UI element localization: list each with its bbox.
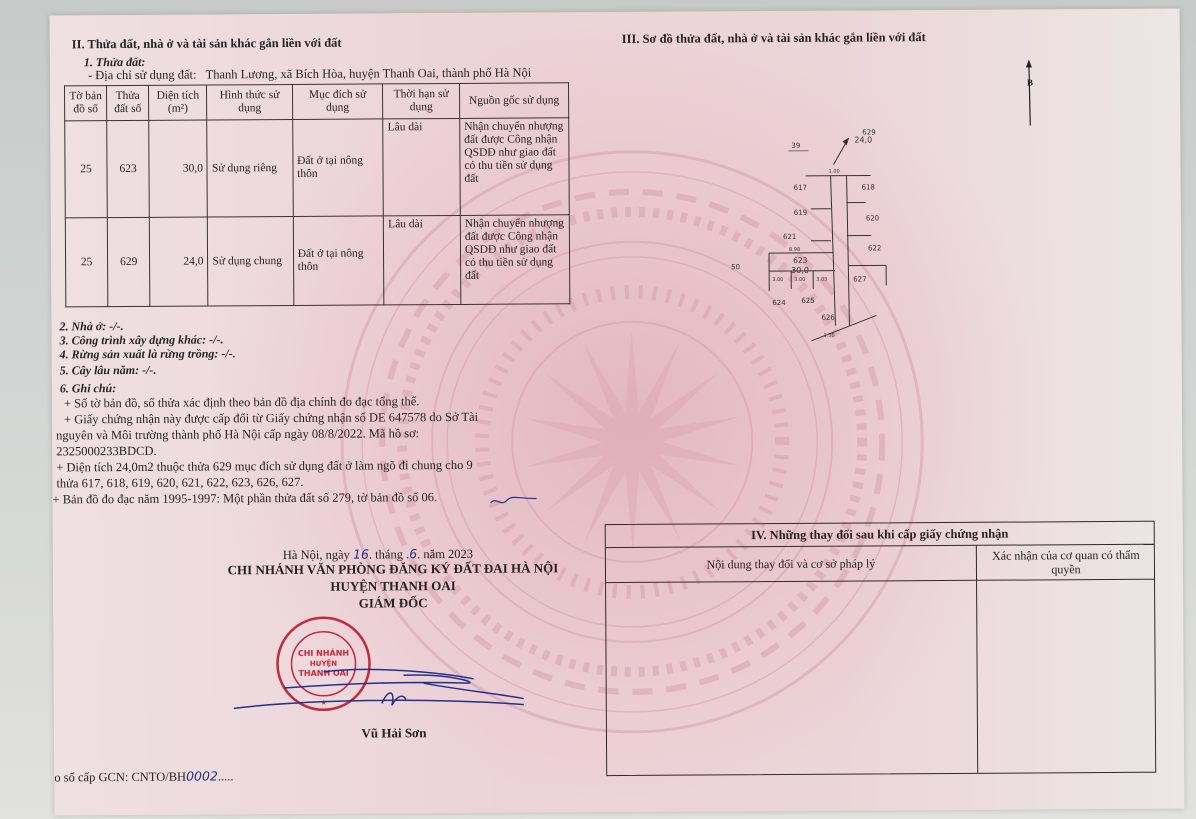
signer-name: Vũ Hải Sơn [204,724,584,742]
col-header-area: Diện tích (m²) [149,85,207,120]
register-handwritten: 0002 [186,768,218,783]
certificate-page: II. Thửa đất, nhà ở và tài sản khác gắn … [50,9,1185,816]
cell-origin: Nhận chuyển nhượng đất được Công nhận QS… [460,118,570,216]
section-2-title: II. Thửa đất, nhà ở và tài sản khác gắn … [72,36,342,53]
parcel-sketch-map: 629 24,0 39 617 618 619 620 621 622 623 … [730,90,982,352]
svg-text:624: 624 [772,299,786,307]
cell-form: Sử dụng riêng [207,119,293,217]
col-header-origin: Nguồn gốc sử dụng [459,83,568,119]
note-line: + Số tờ bản đồ, số thửa xác định theo bả… [64,394,420,411]
col-header-change-content: Nội dung thay đổi và cơ sở pháp lý [606,546,977,583]
col-header-authority-confirmation: Xác nhận của cơ quan có thẩm quyền [977,545,1155,581]
cell-area: 30,0 [149,120,208,217]
note-line: thửa 617, 618, 619, 620, 621, 622, 623, … [56,475,303,492]
cell-purpose: Đất ở tại nông thôn [292,119,383,217]
address-value: Thanh Lương, xã Bích Hòa, huyện Thanh Oa… [206,66,532,82]
cell-origin: Nhận chuyển nhượng đất được Công nhận QS… [460,215,570,305]
cell-sheet: 25 [65,121,108,218]
forest-item: 4. Rừng sản xuất là rừng trồng: -/-. [60,346,236,362]
svg-text:3.03: 3.03 [816,277,827,283]
note-line: + Diện tích 24,0m2 thuộc thửa 629 mục đí… [56,458,472,476]
signature-icon [223,642,543,724]
svg-text:8.98: 8.98 [789,247,800,253]
perennial-item: 5. Cây lâu năm: -/-. [60,363,157,379]
svg-text:621: 621 [783,233,796,241]
svg-text:625: 625 [801,297,814,305]
changes-table: IV. Những thay đổi sau khi cấp giấy chứn… [605,521,1157,776]
svg-text:B: B [1027,77,1033,87]
north-arrow-icon: B [1020,57,1040,127]
address-label: - Địa chỉ sử dụng đất: [88,68,197,83]
cell-sheet: 25 [65,218,108,307]
svg-text:617: 617 [794,184,807,192]
initials-scribble-icon [488,490,538,510]
issue-day: 16 [353,547,369,562]
note-line: + Bản đồ đo đạc năm 1995-1997: Một phần … [52,490,437,507]
svg-text:1.00: 1.00 [829,169,840,175]
svg-text:3.00: 3.00 [772,277,783,283]
svg-text:626: 626 [821,314,835,322]
svg-text:24,0: 24,0 [854,135,872,144]
cell-form: Sử dụng chung [208,216,294,306]
svg-text:30,0: 30,0 [791,266,809,275]
cell-term: Lâu dài [383,118,460,215]
table-row: 25 623 30,0 Sử dụng riêng Đất ở tại nông… [65,118,570,218]
address-row: - Địa chỉ sử dụng đất: Thanh Lương, xã B… [88,66,531,84]
cell-area: 24,0 [149,217,208,306]
cell-parcel: 629 [107,217,150,306]
col-header-parcel: Thửa đất số [107,85,149,120]
note-line: + Giấy chứng nhận này được cấp đổi từ Gi… [64,410,478,428]
cell-purpose: Đất ở tại nông thôn [293,216,384,306]
note-line: nguyên và Môi trường thành phố Hà Nội cấ… [56,426,419,443]
register-number: Số vào sổ cấp GCN: CNTO/BH0002..... [50,768,234,785]
parcel-table: Tờ bản đồ số Thửa đất số Diện tích (m²) … [64,82,570,307]
svg-text:39: 39 [791,142,800,150]
svg-text:620: 620 [866,214,879,222]
issuing-org: CHI NHÁNH VĂN PHÒNG ĐĂNG KÝ ĐẤT ĐAI HÀ N… [203,560,583,578]
svg-text:627: 627 [853,275,866,283]
svg-text:50: 50 [731,263,740,271]
svg-text:622: 622 [868,244,881,252]
section-4-title: IV. Những thay đổi sau khi cấp giấy chứn… [606,522,1154,548]
cell-parcel: 623 [107,120,150,217]
col-header-sheet: Tờ bản đồ số [64,86,106,121]
svg-text:3.00: 3.00 [794,277,805,283]
issue-month: 6 [409,546,417,561]
svg-text:623: 623 [793,256,808,265]
col-header-form: Hình thức sử dụng [207,84,292,120]
svg-text:1.30: 1.30 [824,333,835,339]
svg-text:619: 619 [794,209,807,217]
notes-title: 6. Ghi chú: [60,381,116,396]
section-3-title: III. Sơ đồ thửa đất, nhà ở và tài sản kh… [622,30,926,47]
note-line: 2325000233BDCD. [56,444,156,460]
cell-term: Lâu dài [384,215,461,304]
svg-text:618: 618 [862,183,875,191]
signer-role: GIÁM ĐỐC [203,594,583,612]
col-header-term: Thời hạn sử dụng [383,83,460,118]
issuing-district: HUYỆN THANH OAI [203,577,583,595]
table-row: 25 629 24,0 Sử dụng chung Đất ở tại nông… [65,215,570,307]
col-header-purpose: Mục đích sử dụng [292,84,383,120]
